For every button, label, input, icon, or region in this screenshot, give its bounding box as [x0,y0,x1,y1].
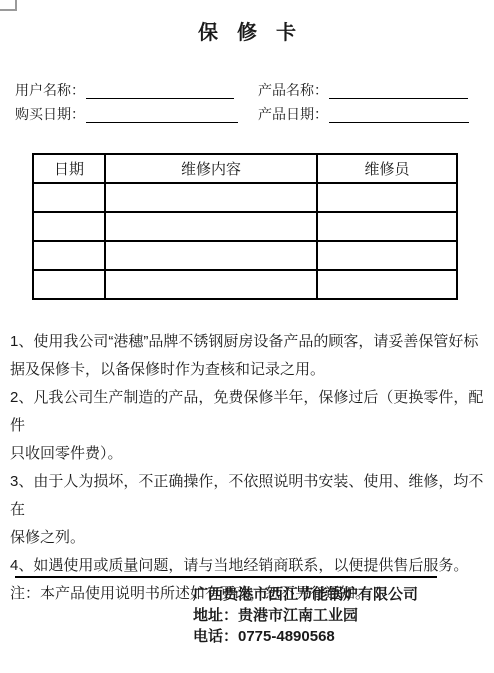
product-name-field: 产品名称： [258,81,468,99]
product-date-label: 产品日期： [258,105,328,123]
note-2: 2、凡我公司生产制造的产品，免费保修半年，保修过后（更换零件，配件 只收回零件费… [10,384,488,468]
product-date-field: 产品日期： [258,105,469,123]
company-address: 地址：贵港市江南工业园 [193,605,418,626]
note-1: 1、使用我公司“港穗”品牌不锈钢厨房设备产品的顾客，请妥善保管好标 据及保修卡，… [10,328,488,384]
page-title: 保修卡 [0,16,494,45]
notes-section: 1、使用我公司“港穗”品牌不锈钢厨房设备产品的顾客，请妥善保管好标 据及保修卡，… [10,328,488,608]
repair-table-empty-cell [105,270,317,299]
repair-table-header-row: 日期 维修内容 维修员 [33,154,457,183]
corner-crop-mark [0,0,17,11]
repair-table: 日期 维修内容 维修员 [32,153,458,300]
repair-table-empty-cell [105,183,317,212]
purchase-date-blank-line [86,107,238,123]
repair-table-empty-cell [33,270,105,299]
repair-table-empty-cell [317,212,457,241]
repair-table-empty-row [33,241,457,270]
purchase-date-field: 购买日期： [15,105,238,123]
company-name: 广西贵港市西江节能锅炉有限公司 [193,584,418,605]
warranty-card-page: 保修卡 用户名称： 产品名称： 购买日期： 产品日期： 日期 维修内容 维修员 … [0,0,494,673]
repair-table-empty-cell [33,183,105,212]
repair-table-empty-cell [317,270,457,299]
repair-table-empty-row [33,183,457,212]
note-3: 3、由于人为损坏，不正确操作，不依照说明书安装、使用、维修，均不在 保修之列。 [10,468,488,552]
repair-table-empty-cell [317,241,457,270]
repair-table-empty-cell [105,241,317,270]
product-name-blank-line [329,83,468,99]
footer-divider [15,576,437,578]
col-header-repair-content: 维修内容 [105,154,317,183]
company-phone: 电话：0775-4890568 [193,626,418,647]
repair-table-empty-cell [33,241,105,270]
repair-table-empty-row [33,212,457,241]
product-name-label: 产品名称： [258,81,328,99]
user-name-label: 用户名称： [15,81,85,99]
purchase-date-label: 购买日期： [15,105,85,123]
repair-table-empty-cell [33,212,105,241]
col-header-date: 日期 [33,154,105,183]
product-date-blank-line [329,107,469,123]
repair-table-empty-row [33,270,457,299]
col-header-repair-person: 维修员 [317,154,457,183]
footer-section: 广西贵港市西江节能锅炉有限公司 地址：贵港市江南工业园 电话：0775-4890… [193,584,418,647]
repair-table-empty-cell [105,212,317,241]
repair-table-empty-cell [317,183,457,212]
user-name-field: 用户名称： [15,81,234,99]
user-name-blank-line [86,83,234,99]
